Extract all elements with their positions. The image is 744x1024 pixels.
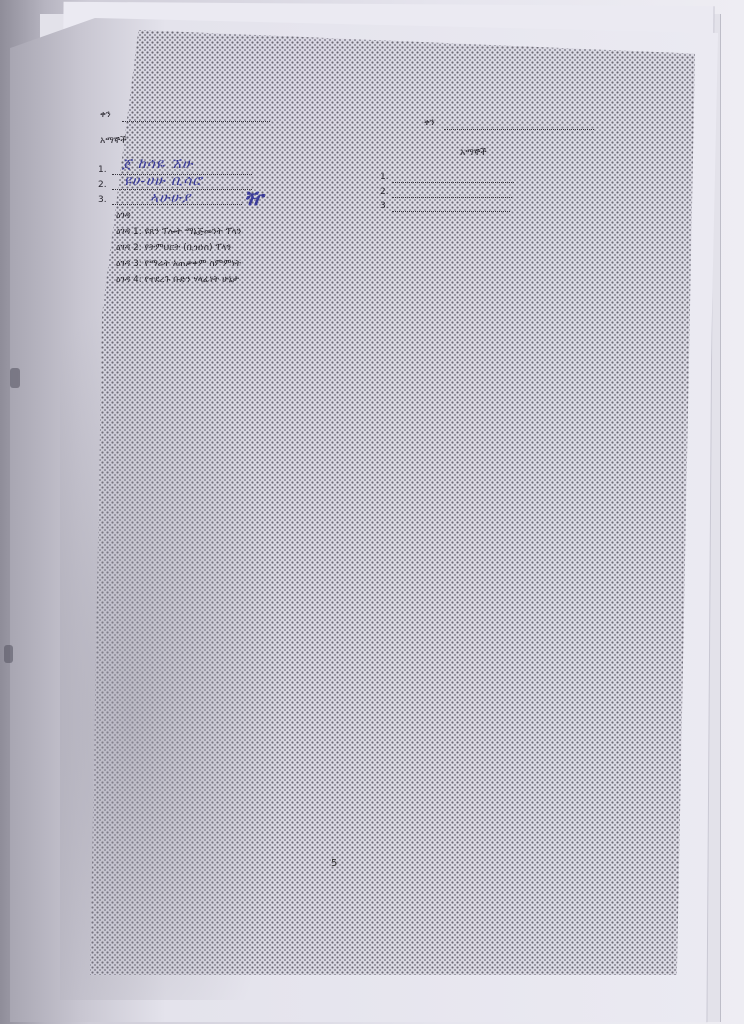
date-label-left: ቀን	[100, 110, 111, 120]
member-num-3: 3.	[98, 195, 107, 205]
handwritten-name-3: ኣሁሁያ	[150, 190, 191, 206]
right-line-3	[392, 211, 510, 212]
date-line-right	[444, 129, 594, 130]
page-number: 5	[331, 858, 337, 869]
handwritten-name-2: ዩሀ-ሀሁ ቢሳሮ	[124, 173, 203, 189]
agenda-item-4: ዕገዳ 4: የተደረጉ ቡድን ሃላፊነት ሁኔታ	[116, 275, 239, 285]
agenda-heading: ዕገዳ	[116, 211, 130, 221]
members-heading-left: አማኞች	[100, 136, 127, 146]
handwritten-name-1: ጀ ከሳዬ ኧሁ	[122, 156, 193, 172]
right-num-3: 3.	[380, 201, 389, 211]
member-num-1: 1.	[98, 165, 107, 175]
agenda-item-1: ዕገዳ 1: ዩጸን ፕሎት ማኔጅመንት ፕላን	[116, 227, 241, 237]
agenda-item-2: ዕገዳ 2: የትምህርት (ቢዝነስ) ፕላን	[116, 243, 231, 253]
date-line-left	[122, 121, 270, 122]
agenda-item-3: ዕገዳ 3: የማሬት አጠቃቀም ስምምነት	[116, 259, 241, 269]
right-line-1	[392, 182, 514, 183]
date-label-right: ቀን	[424, 118, 435, 128]
member-num-2: 2.	[98, 180, 107, 190]
right-num-2: 2.	[380, 187, 389, 197]
members-heading-right: አማኞች	[460, 148, 487, 158]
right-line-2	[392, 197, 512, 198]
right-num-1: 1.	[380, 172, 389, 182]
document-content: ቀን አማኞች 1. ጀ ከሳዬ ኧሁ 2. ዩሀ-ሀሁ ቢሳሮ 3. ኣሁሁያ…	[0, 0, 744, 1024]
handwritten-signature: ዥ	[244, 186, 264, 210]
